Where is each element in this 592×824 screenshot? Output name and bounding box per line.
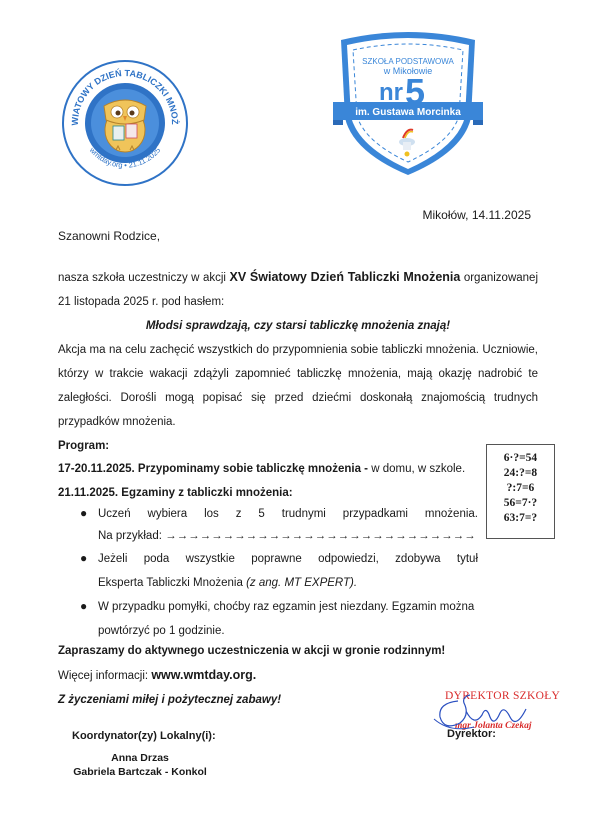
bullet-1-line-2: Na przykład: →→→→→→→→→→→→→→→→→→→→→→→→→→→ [98,524,488,549]
school-nr: nr [379,79,403,106]
program-item-1: 17-20.11.2025. Przypominamy sobie tablic… [58,457,478,482]
body-line-2: którzy w trakcie wakacji zdążyli zapomni… [58,362,538,387]
coordinator-name: Anna Drzas [70,751,210,765]
wmt-logo: XV ŚWIATOWY DZIEŃ TABLICZKI MNOŻENIA wmt… [60,58,190,188]
example-3: ?:7=6 [487,481,554,496]
invite: Zapraszamy do aktywnego uczestniczenia w… [58,639,538,664]
intro-line-2: 21 listopada 2025 r. pod hasłem: [58,290,538,315]
examples-box: 6·?=54 24:?=8 ?:7=6 56=7·? 63:7=? [486,444,555,539]
body-line-4: przypadków mnożenia. [58,410,538,435]
example-1: 6·?=54 [487,451,554,466]
program-item-1-place: w domu, w szkole. [368,463,465,475]
motto: Młodsi sprawdzają, czy starsi tabliczkę … [58,314,538,339]
school-ribbon: im. Gustawa Morcinka [355,107,461,118]
bullet-2-line-2: Eksperta Tabliczki Mnożenia (z ang. MT E… [98,571,488,596]
intro-text-1: nasza szkoła uczestniczy w akcji [58,272,229,284]
program-label: Program: [58,434,538,459]
more-info-label: Więcej informacji: [58,670,151,682]
greeting: Szanowni Rodzice, [58,229,160,243]
bullet-dot: ● [80,551,87,565]
bullet-2-title: Eksperta Tabliczki Mnożenia [98,577,246,589]
bullet-3-line-1: W przypadku pomyłki, choćby raz egzamin … [98,595,488,620]
owl-icon [104,100,146,152]
intro-text-2: organizowanej [460,272,538,284]
director-label: Dyrektor: [447,728,496,740]
director-stamp: DYREKTOR SZKOŁY mgr Jolanta Czekaj Dyrek… [425,685,565,745]
body-line-1: Akcja ma na celu zachęcić wszystkich do … [58,338,538,363]
example-4: 56=7·? [487,496,554,511]
coordinators-list: Anna Drzas Gabriela Bartczak - Konkol [70,751,210,779]
school-logo: SZKOŁA PODSTAWOWA w Mikołowie nr 5 im. G… [333,30,483,180]
example-5: 63:7=? [487,511,554,526]
bullet-dot: ● [80,506,87,520]
intro-line: nasza szkoła uczestniczy w akcji XV Świa… [58,265,538,291]
event-name: XV Światowy Dzień Tabliczki Mnożenia [229,270,460,284]
school-line1: SZKOŁA PODSTAWOWA [362,57,454,66]
coordinators-label: Koordynator(zy) Lokalny(i): [72,730,216,742]
bullet-dot: ● [80,599,87,613]
program-item-1-title: 17-20.11.2025. Przypominamy sobie tablic… [58,463,368,475]
body-line-3: zaległości. Dorośli mogą popisać się prz… [58,386,538,411]
place-date: Mikołów, 14.11.2025 [422,208,531,222]
more-info-link[interactable]: www.wmtday.org. [151,668,256,682]
bullet-2-line-1: Jeżeli poda wszystkie poprawne odpowiedz… [98,547,478,572]
example-2: 24:?=8 [487,466,554,481]
bullet-2-note: (z ang. MT EXPERT). [246,577,357,589]
coordinator-name: Gabriela Bartczak - Konkol [70,765,210,779]
